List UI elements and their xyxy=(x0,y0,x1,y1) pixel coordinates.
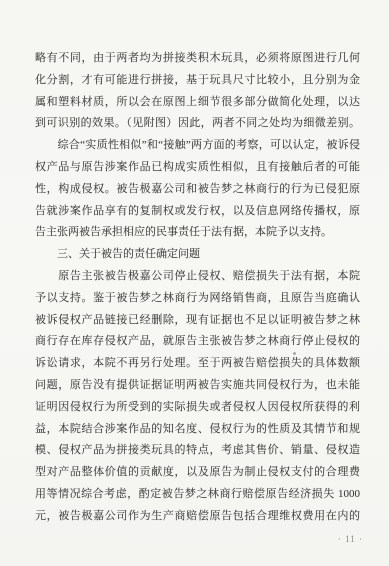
text-line: 三、关于被告的责任确定问题 xyxy=(35,244,360,266)
text-line: 略有不同，由于两者均为拼接类积木玩具，必须将原图进行几何 xyxy=(35,48,360,70)
text-line: 告就涉案作品享有的复制权或发行权，以及信息网络传播权，原 xyxy=(35,201,360,223)
text-line: 模、侵权产品为拼接类玩具的特点，考虑其售价、销量、侵权造 xyxy=(35,440,360,462)
text-line: 问题，原告没有提供证据证明两被告实施共同侵权行为，也未能 xyxy=(35,375,360,397)
text-line: 性，构成侵权。被告极嘉公司和被告梦之林商行的行为已侵犯原 xyxy=(35,179,360,201)
text-line: 被诉侵权产品链接已经删除，现有证据也不足以证明被告梦之林 xyxy=(35,310,360,332)
text-line: 商行存在库存侵权产品，就原告主张被告梦之林商行停止侵权的 xyxy=(35,331,360,353)
text-line: 诉讼请求，本院不再另行处理。至于两被告赔偿损失的具体数额 xyxy=(35,353,360,375)
text-line: 用等情况综合考虑，酌定被告梦之林商行赔偿原告经济损失 1000 xyxy=(35,484,360,506)
text-line: 予以支持。鉴于被告梦之林商行为网络销售商，且原告当庭确认 xyxy=(35,288,360,310)
scan-speck xyxy=(293,352,296,355)
text-line: 原告主张被告极嘉公司停止侵权、赔偿损失于法有据，本院 xyxy=(35,266,360,288)
text-line: 型对产品整体价值的贡献度，以及原告为制止侵权支付的合理费 xyxy=(35,462,360,484)
text-line: 权产品与原告涉案作品已构成实质性相似，且有接触后者的可能 xyxy=(35,157,360,179)
text-line: 到可识别的效果。（见附图）因此，两者不同之处均为细微差别。 xyxy=(35,113,360,135)
text-line: 告主张两被告承担相应的民事责任于法有据，本院予以支持。 xyxy=(35,222,360,244)
page-number: · 11 · xyxy=(338,534,363,544)
text-line: 益，本院结合涉案作品的知名度、侵权行为的性质及其情节和规 xyxy=(35,419,360,441)
text-line: 化分割，才有可能进行拼接，基于玩具尺寸比较小，且分别为金 xyxy=(35,70,360,92)
text-line: 证明因侵权行为所受到的实际损失或者侵权人因侵权所获得的利 xyxy=(35,397,360,419)
document-body: 略有不同，由于两者均为拼接类积木玩具，必须将原图进行几何化分割，才有可能进行拼接… xyxy=(35,48,360,528)
text-line: 元，被告极嘉公司作为生产商赔偿原告包括合理维权费用在内的 xyxy=(35,506,360,528)
text-line: 综合“实质性相似”和“接触”两方面的考察，可以认定，被诉侵 xyxy=(35,135,360,157)
text-line: 属和塑料材质，所以会在原图上细节很多部分做简化处理，以达 xyxy=(35,92,360,114)
document-page: 略有不同，由于两者均为拼接类积木玩具，必须将原图进行几何化分割，才有可能进行拼接… xyxy=(0,0,389,566)
